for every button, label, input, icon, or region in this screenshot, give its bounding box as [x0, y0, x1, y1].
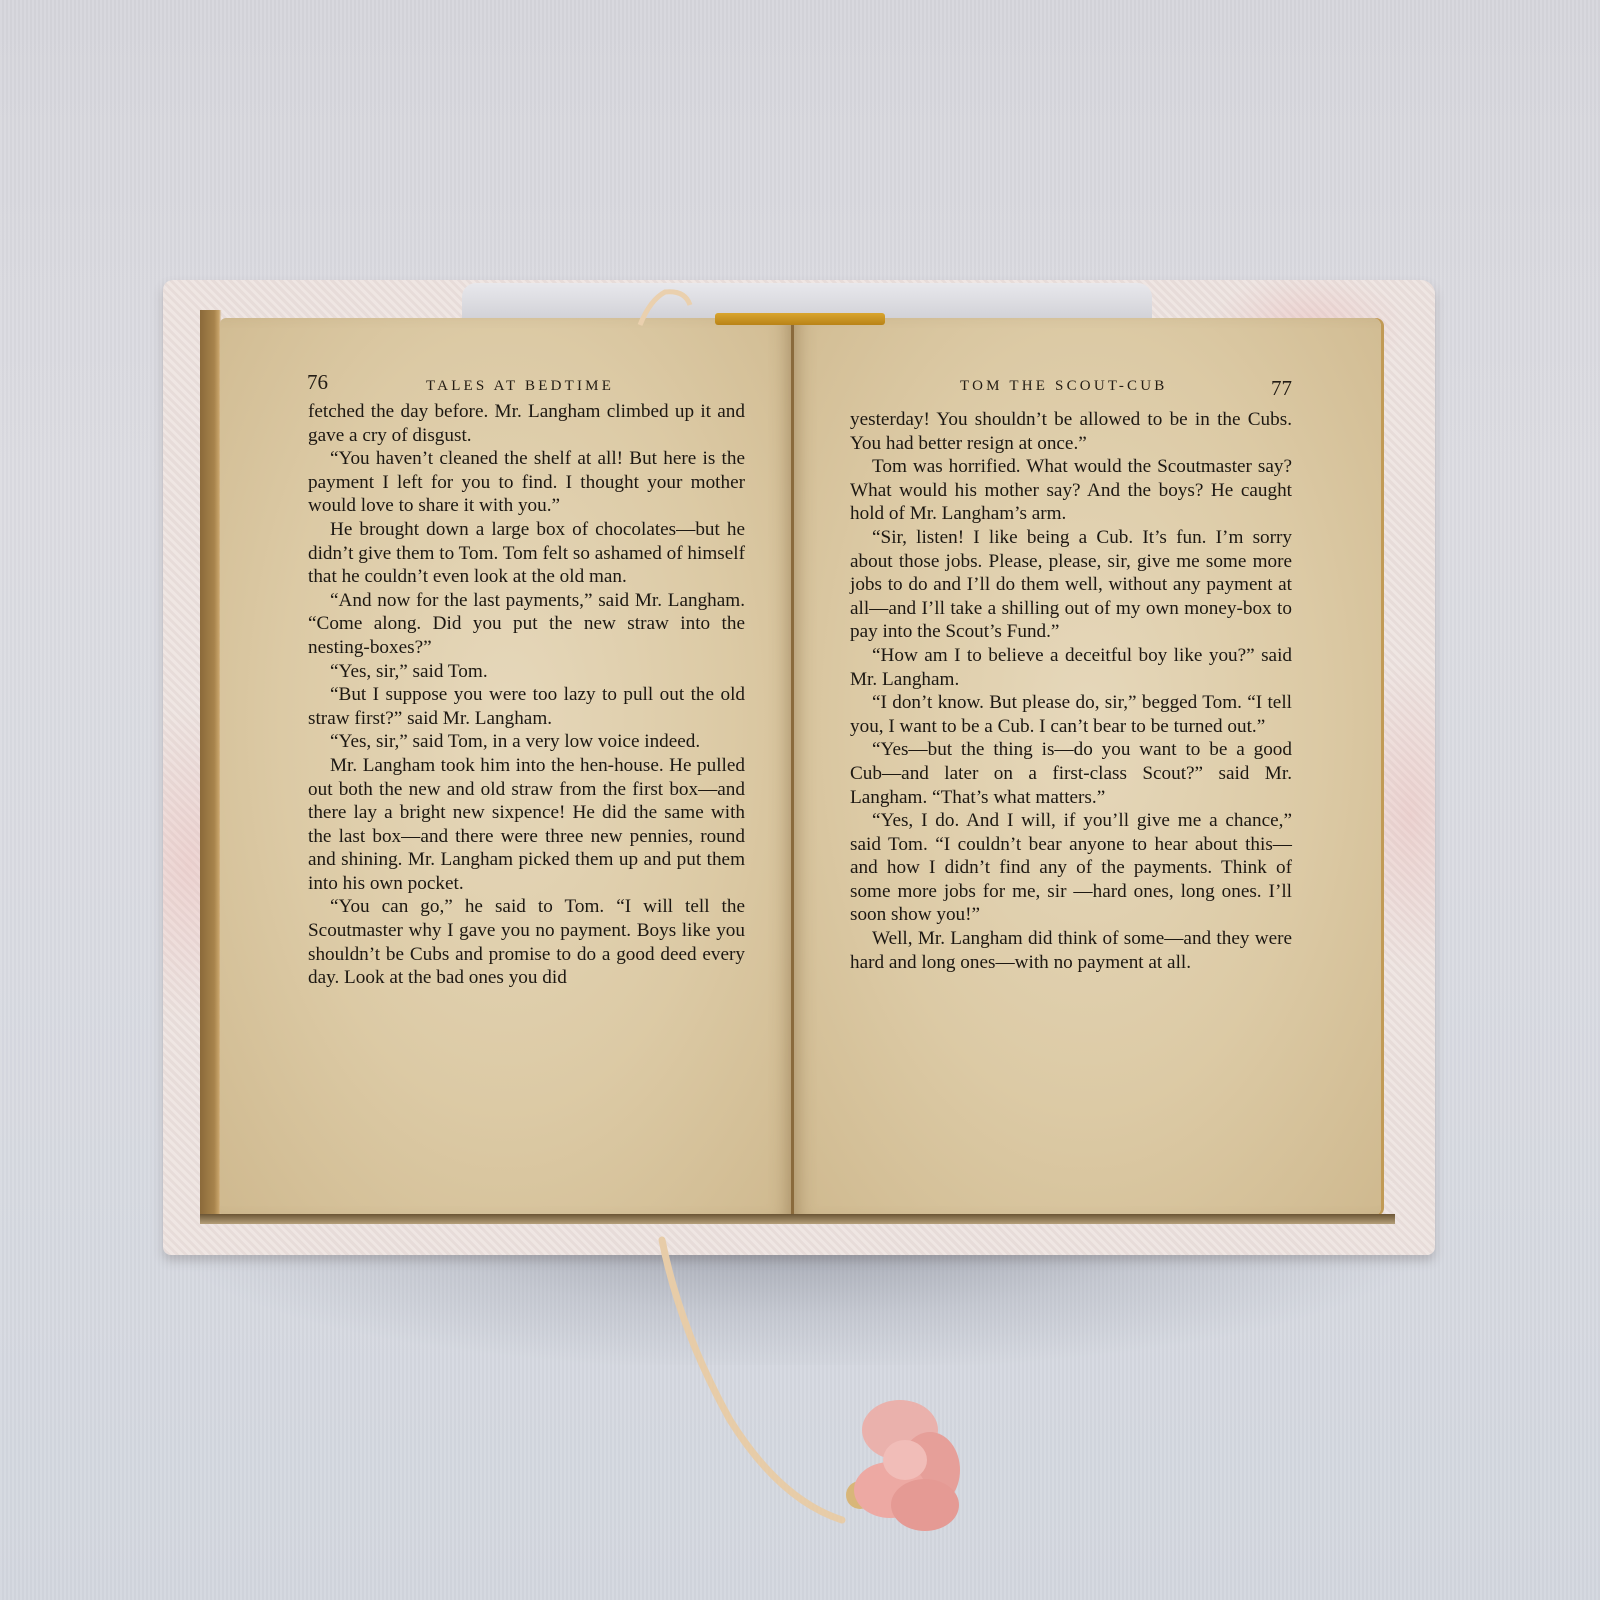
paragraph: “Yes, sir,” said Tom, in a very low voic… [308, 730, 745, 754]
page-number-right: 77 [1271, 376, 1292, 401]
right-page: TOM THE SCOUT-CUB 77 yesterday! You shou… [793, 318, 1381, 1216]
page-number-left: 76 [307, 370, 328, 395]
paragraph: fetched the day before. Mr. Langham clim… [308, 400, 745, 447]
running-head-left: TALES AT BEDTIME [426, 378, 614, 395]
book-gutter [791, 318, 794, 1216]
paragraph: “And now for the last payments,” said Mr… [308, 589, 745, 660]
paragraph: Well, Mr. Langham did think of some—and … [850, 927, 1292, 974]
paragraph: “Yes, I do. And I will, if you’ll give m… [850, 809, 1292, 927]
paragraph: “You haven’t cleaned the shelf at all! B… [308, 447, 745, 518]
paragraph: “Yes, sir,” said Tom. [308, 660, 745, 684]
paragraph: He brought down a large box of chocolate… [308, 518, 745, 589]
right-page-text: yesterday! You shouldn’t be allowed to b… [850, 408, 1292, 974]
paragraph: “Sir, listen! I like being a Cub. It’s f… [850, 526, 1292, 644]
left-page-text: fetched the day before. Mr. Langham clim… [308, 400, 745, 990]
paragraph: Tom was horrified. What would the Scoutm… [850, 455, 1292, 526]
book-bottom-edge [200, 1214, 1395, 1224]
paragraph: “You can go,” he said to Tom. “I will te… [308, 895, 745, 989]
photo-scene: 76 TALES AT BEDTIME fetched the day befo… [0, 0, 1600, 1600]
paragraph: “Yes—but the thing is—do you want to be … [850, 738, 1292, 809]
left-page: 76 TALES AT BEDTIME fetched the day befo… [220, 318, 792, 1216]
running-head-right: TOM THE SCOUT-CUB [960, 378, 1167, 395]
paragraph: “I don’t know. But please do, sir,” begg… [850, 691, 1292, 738]
paragraph: “How am I to believe a deceitful boy lik… [850, 644, 1292, 691]
paragraph: “But I suppose you were too lazy to pull… [308, 683, 745, 730]
paragraph: Mr. Langham took him into the hen-house.… [308, 754, 745, 896]
book-headband [715, 313, 885, 325]
paragraph: yesterday! You shouldn’t be allowed to b… [850, 408, 1292, 455]
